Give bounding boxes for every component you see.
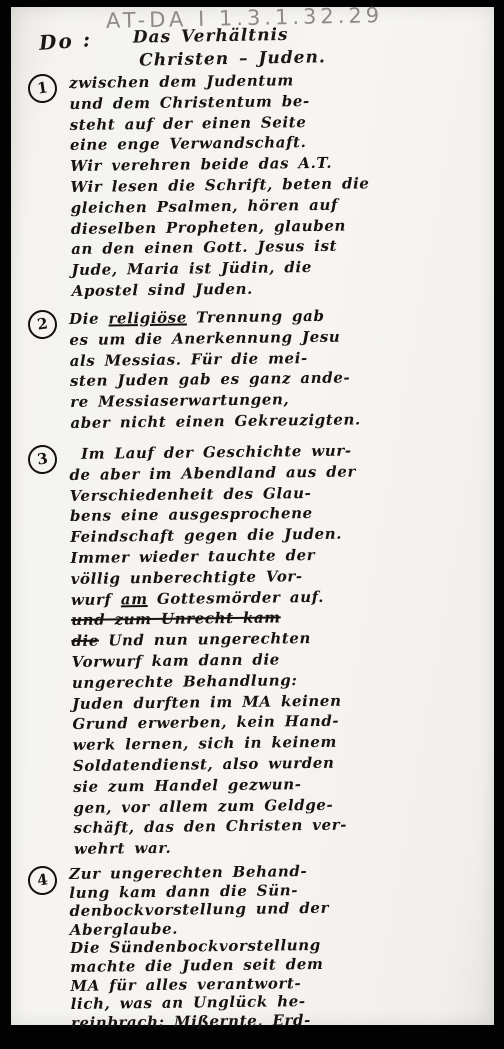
paragraph-number-circle: 1 [26,72,59,105]
manuscript-line: Apostel sind Juden. [72,276,487,302]
paragraph-2: 2Die religiöse Trennung gabes um die Ane… [11,309,494,434]
paragraph-lines: Im Lauf der Geschichte wur-de aber im Ab… [69,438,489,859]
paragraph-lines: zwischen dem Judentumund dem Christentum… [69,68,487,302]
weekday-abbrev-label: Do : [38,27,93,55]
manuscript-body: 1zwischen dem Judentumund dem Christentu… [11,73,494,1033]
manuscript-line: wehrt war. [74,834,489,860]
paragraph-lines: Zur ungerechten Behand-lung kam dann die… [69,860,486,1032]
paragraph-number-circle: 4 [26,865,59,898]
paragraph-1: 1zwischen dem Judentumund dem Christentu… [11,73,494,302]
paragraph-lines: Die religiöse Trennung gabes um die Aner… [69,304,485,434]
manuscript-line: reinbrach: Mißernte, Erd- [71,1009,486,1033]
paragraph-3: 3Im Lauf der Geschichte wur-de aber im A… [11,444,494,860]
paragraph-number-circle: 2 [26,308,59,341]
page-title: Das Verhältnis Christen – Juden. [133,23,326,72]
paragraph-4: 4Zur ungerechten Behand-lung kam dann di… [11,865,494,1032]
title-line-1: Das Verhältnis [133,25,289,48]
document-scan: AT-DA I 1.3.1.32.29 Do : Das Verhältnis … [0,0,504,1049]
title-line-2: Christen – Juden. [133,46,326,72]
manuscript-line: aber nicht einen Gekreuzigten. [70,408,485,434]
manuscript-paper: AT-DA I 1.3.1.32.29 Do : Das Verhältnis … [11,7,494,1025]
paragraph-number-circle: 3 [26,443,59,476]
